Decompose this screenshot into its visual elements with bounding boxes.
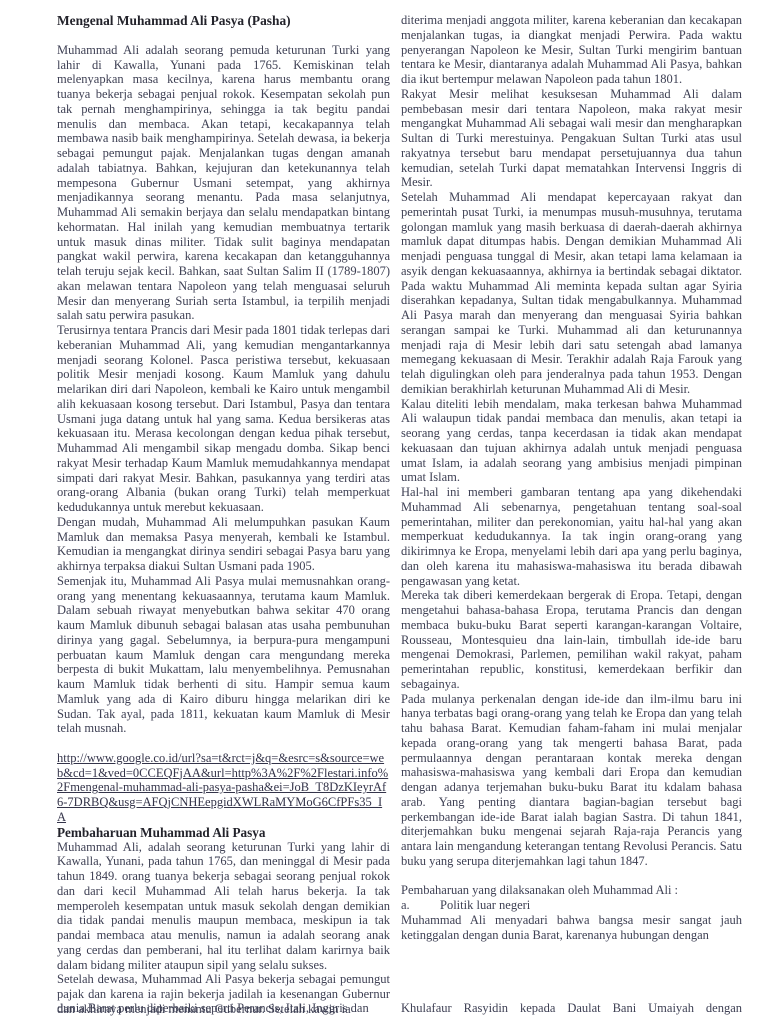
paragraph: diterima menjadi anggota militer, karena… xyxy=(401,13,742,87)
next-page-fragment-left: dunia Barat perlu diperbaiki seperti Per… xyxy=(57,1001,390,1016)
next-page-fragment-right: Khulafaur Rasyidin kepada Daulat Bani Um… xyxy=(401,1001,742,1016)
paragraph: Pada mulanya perkenalan dengan ide-ide d… xyxy=(401,692,742,869)
paragraph: Mereka tak diberi kemerdekaan bergerak d… xyxy=(401,588,742,691)
left-intro-paragraphs: Muhammad Ali adalah seorang pemuda ketur… xyxy=(57,43,390,736)
paragraph: Rakyat Mesir melihat kesuksesan Muhammad… xyxy=(401,87,742,190)
paragraph: Hal-hal ini memberi gambaran tentang apa… xyxy=(401,485,742,588)
list-item-politik-luar-negeri: a.Politik luar negeri xyxy=(401,898,742,913)
right-column: diterima menjadi anggota militer, karena… xyxy=(401,13,742,1017)
blank-line xyxy=(401,869,742,884)
list-item-label: Politik luar negeri xyxy=(440,898,530,912)
paragraph: Semenjak itu, Muhammad Ali Pasya mulai m… xyxy=(57,574,390,736)
right-paragraphs: diterima menjadi anggota militer, karena… xyxy=(401,13,742,869)
source-url-link[interactable]: http://www.google.co.id/url?sa=t&rct=j&q… xyxy=(57,751,390,825)
section-heading-pembaharuan: Pembaharuan Muhammad Ali Pasya xyxy=(57,825,390,840)
document-title: Mengenal Muhammad Ali Pasya (Pasha) xyxy=(57,13,390,28)
paragraph: Dengan mudah, Muhammad Ali melumpuhkan p… xyxy=(57,515,390,574)
next-page-fragment-row: dunia Barat perlu diperbaiki seperti Per… xyxy=(57,1001,742,1016)
two-column-layout: Mengenal Muhammad Ali Pasya (Pasha) Muha… xyxy=(57,13,742,1017)
left-column: Mengenal Muhammad Ali Pasya (Pasha) Muha… xyxy=(57,13,390,1017)
left-section-paragraphs: Muhammad Ali, adalah seorang keturunan T… xyxy=(57,840,390,1017)
document-page: Mengenal Muhammad Ali Pasya (Pasha) Muha… xyxy=(0,0,768,1024)
paragraph: Kalau diteliti lebih mendalam, maka terk… xyxy=(401,397,742,486)
paragraph: Terusirnya tentara Prancis dari Mesir pa… xyxy=(57,323,390,515)
paragraph: Muhammad Ali adalah seorang pemuda ketur… xyxy=(57,43,390,323)
blank-line xyxy=(57,736,390,751)
list-item-marker: a. xyxy=(401,898,414,913)
paragraph: Muhammad Ali, adalah seorang keturunan T… xyxy=(57,840,390,973)
paragraph: Setelah Muhammad Ali mendapat kepercayaa… xyxy=(401,190,742,397)
trailing-paragraph: Muhammad Ali menyadari bahwa bangsa mesi… xyxy=(401,913,742,943)
reforms-list-heading: Pembaharuan yang dilaksanakan oleh Muham… xyxy=(401,883,742,898)
